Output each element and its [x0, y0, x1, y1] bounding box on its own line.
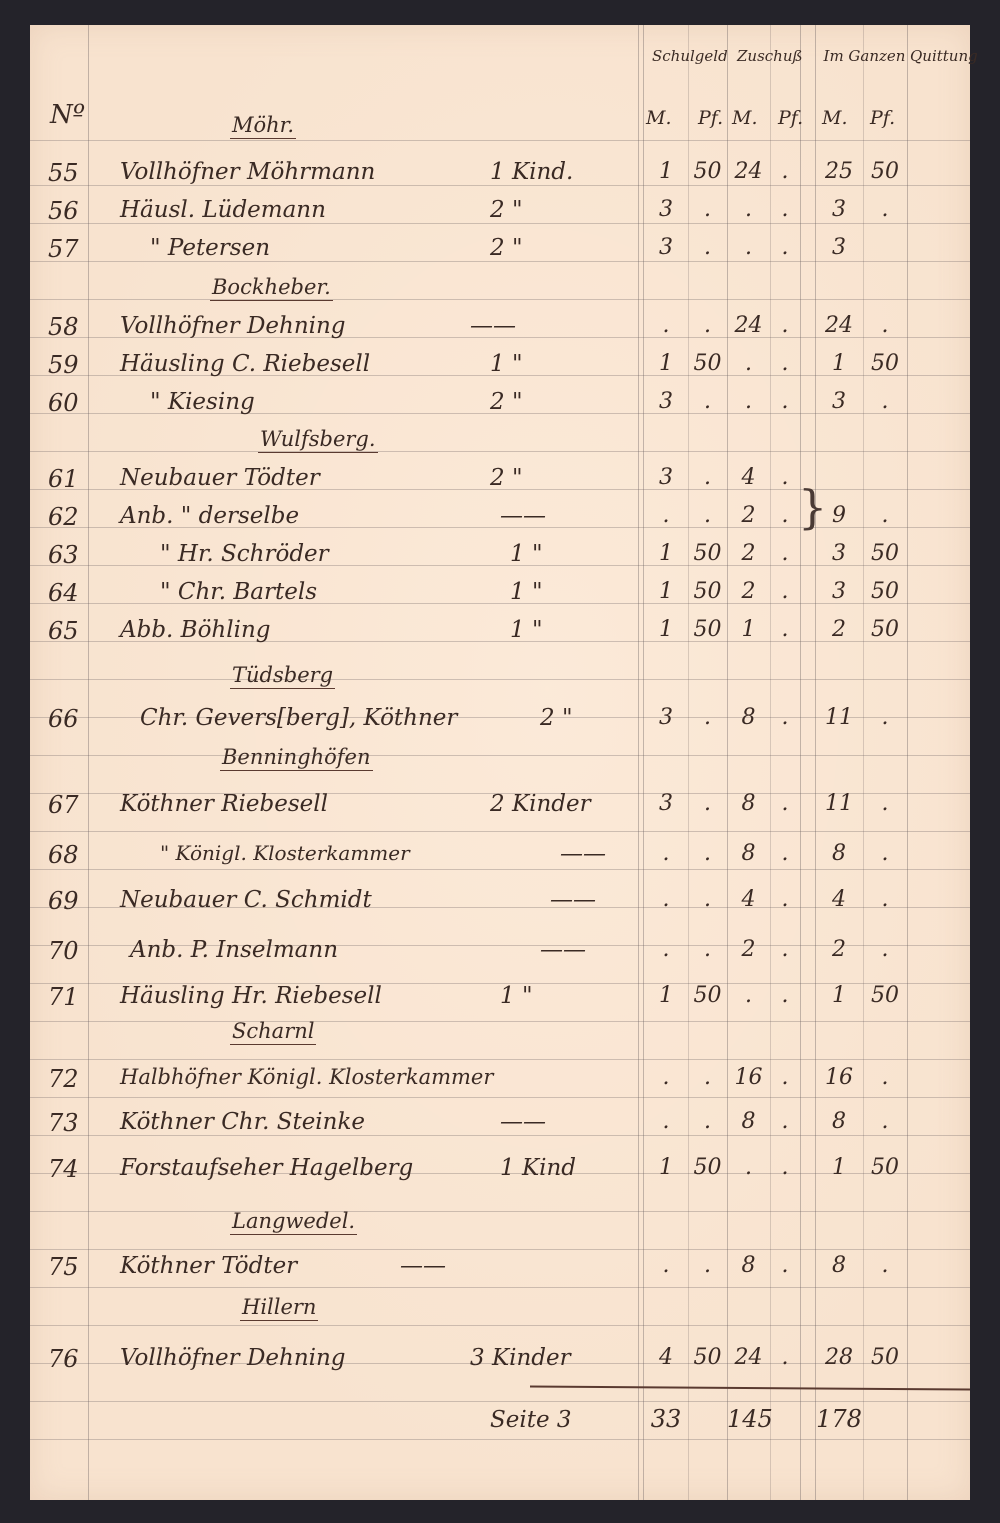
row-name: Vollhöfner Dehning	[120, 313, 346, 339]
zuschuss-pf: .	[770, 937, 800, 962]
zuschuss-m: 8	[727, 1109, 770, 1134]
total-pf: .	[863, 841, 907, 866]
schulgeld-m: .	[644, 313, 688, 338]
row-children: 2 "	[490, 197, 523, 223]
zuschuss-m: 1	[727, 617, 770, 642]
place-heading: Möhr.	[230, 113, 296, 139]
zuschuss-m: 2	[727, 503, 770, 528]
row-number: 74	[48, 1155, 79, 1183]
zuschuss-pf: .	[770, 841, 800, 866]
schulgeld-pf: .	[688, 887, 727, 912]
schulgeld-m: 1	[644, 351, 688, 376]
schulgeld-pf: .	[688, 1109, 727, 1134]
schulgeld-m: 3	[644, 235, 688, 260]
schulgeld-m: .	[644, 841, 688, 866]
place-heading: Benninghöfen	[220, 745, 373, 771]
row-children: 2 "	[490, 389, 523, 415]
zuschuss-m: .	[727, 351, 770, 376]
rule-line	[30, 1325, 970, 1326]
zuschuss-pf: .	[770, 1065, 800, 1090]
total-pf: .	[863, 791, 907, 816]
total-pf: .	[863, 937, 907, 962]
rule-line	[30, 1401, 970, 1402]
schulgeld-pf: .	[688, 705, 727, 730]
row-name: Neubauer Tödter	[120, 465, 320, 491]
schulgeld-pf: 50	[688, 351, 727, 376]
rule-line	[30, 1249, 970, 1250]
zuschuss-m: .	[727, 235, 770, 260]
rule-line	[30, 755, 970, 756]
header-m: M.	[646, 107, 672, 129]
schulgeld-m: .	[644, 1109, 688, 1134]
zuschuss-m: .	[727, 983, 770, 1008]
row-children: ——	[500, 1109, 546, 1135]
row-name: Abb. Böhling	[120, 617, 271, 643]
schulgeld-pf: .	[688, 503, 727, 528]
row-number: 64	[48, 579, 79, 607]
total-pf: 50	[863, 159, 907, 184]
schulgeld-pf: 50	[688, 579, 727, 604]
zuschuss-pf: .	[770, 617, 800, 642]
total-pf: .	[863, 1253, 907, 1278]
row-number: 57	[48, 235, 79, 263]
row-number: 66	[48, 705, 79, 733]
schulgeld-pf: .	[688, 197, 727, 222]
row-name: " Kiesing	[150, 389, 255, 415]
zuschuss-pf: .	[770, 465, 800, 490]
row-name: Vollhöfner Dehning	[120, 1345, 346, 1371]
rule-line	[30, 1211, 970, 1212]
column-line	[638, 25, 639, 1500]
total-m: 1	[815, 1155, 863, 1180]
schulgeld-pf: 50	[688, 1345, 727, 1370]
total-pf: 50	[863, 1155, 907, 1180]
schulgeld-m: 3	[644, 791, 688, 816]
schulgeld-pf: .	[688, 389, 727, 414]
row-number: 63	[48, 541, 79, 569]
rule-line	[30, 831, 970, 832]
row-name: " Chr. Bartels	[160, 579, 317, 605]
schulgeld-m: 1	[644, 617, 688, 642]
schulgeld-m: .	[644, 503, 688, 528]
row-children: 1 "	[510, 541, 543, 567]
row-children: ——	[550, 887, 596, 913]
zuschuss-pf: .	[770, 389, 800, 414]
rule-line	[30, 140, 970, 141]
row-name: Chr. Gevers[berg], Köthner	[140, 705, 457, 731]
row-name: " Königl. Klosterkammer	[160, 841, 410, 865]
row-children: 1 Kind.	[490, 159, 573, 185]
row-number: 68	[48, 841, 79, 869]
row-children: ——	[500, 503, 546, 529]
schulgeld-pf: .	[688, 841, 727, 866]
row-name: Neubauer C. Schmidt	[120, 887, 372, 913]
header-pf: Pf.	[778, 107, 803, 129]
total-m: 3	[815, 389, 863, 414]
schulgeld-m: 3	[644, 705, 688, 730]
total-m: 3	[815, 235, 863, 260]
row-children: ——	[400, 1253, 446, 1279]
zuschuss-pf: .	[770, 887, 800, 912]
schulgeld-m: .	[644, 1253, 688, 1278]
rule-line	[30, 1135, 970, 1136]
row-name: Vollhöfner Möhrmann	[120, 159, 375, 185]
row-children: ——	[470, 313, 516, 339]
zuschuss-pf: .	[770, 791, 800, 816]
place-heading: Langwedel.	[230, 1209, 357, 1235]
zuschuss-pf: .	[770, 197, 800, 222]
zuschuss-m: .	[727, 1155, 770, 1180]
row-name: Anb. " derselbe	[120, 503, 299, 529]
rule-line	[30, 451, 970, 452]
place-heading: Hillern	[240, 1295, 318, 1321]
zuschuss-m: 24	[727, 1345, 770, 1370]
zuschuss-pf: .	[770, 541, 800, 566]
header-pf: Pf.	[870, 107, 895, 129]
zuschuss-m: 8	[727, 1253, 770, 1278]
row-number: 76	[48, 1345, 79, 1373]
schulgeld-pf: .	[688, 1253, 727, 1278]
total-m: 3	[815, 541, 863, 566]
schulgeld-pf: .	[688, 791, 727, 816]
total-m: 11	[815, 791, 863, 816]
row-number: 75	[48, 1253, 79, 1281]
total-m: 1	[815, 983, 863, 1008]
schulgeld-pf: 50	[688, 983, 727, 1008]
place-heading: Bockheber.	[210, 275, 333, 301]
column-line	[907, 25, 908, 1500]
row-number: 55	[48, 159, 79, 187]
schulgeld-m: 1	[644, 983, 688, 1008]
row-number: 61	[48, 465, 79, 493]
zuschuss-m: 4	[727, 887, 770, 912]
row-children: 1 Kind	[500, 1155, 576, 1181]
total-m: 3	[815, 197, 863, 222]
row-name: Köthner Tödter	[120, 1253, 297, 1279]
total-pf: .	[863, 503, 907, 528]
total-pf: 50	[863, 579, 907, 604]
total-m: 11	[815, 705, 863, 730]
schulgeld-m: .	[644, 887, 688, 912]
total-pf: .	[863, 1109, 907, 1134]
schulgeld-m: 3	[644, 465, 688, 490]
zuschuss-total: 145	[727, 1405, 770, 1433]
zuschuss-m: 4	[727, 465, 770, 490]
zuschuss-m: .	[727, 389, 770, 414]
schulgeld-m: .	[644, 937, 688, 962]
schulgeld-m: 1	[644, 579, 688, 604]
zuschuss-m: 8	[727, 841, 770, 866]
zuschuss-pf: .	[770, 1155, 800, 1180]
row-number: 67	[48, 791, 79, 819]
row-name: " Petersen	[150, 235, 270, 261]
rule-line	[30, 869, 970, 870]
row-name: Anb. P. Inselmann	[130, 937, 338, 963]
row-children: ——	[560, 841, 606, 867]
header-m: M.	[822, 107, 848, 129]
total-pf: 50	[863, 351, 907, 376]
zuschuss-m: 2	[727, 541, 770, 566]
total-m: 3	[815, 579, 863, 604]
row-number: 73	[48, 1109, 79, 1137]
total-pf: .	[863, 1065, 907, 1090]
rule-line	[30, 299, 970, 300]
schulgeld-m: 1	[644, 159, 688, 184]
schulgeld-m: 3	[644, 197, 688, 222]
total-m: 28	[815, 1345, 863, 1370]
total-m: 24	[815, 313, 863, 338]
total-m: 8	[815, 841, 863, 866]
zuschuss-m: 2	[727, 579, 770, 604]
zuschuss-pf: .	[770, 313, 800, 338]
row-children: ——	[540, 937, 586, 963]
total-pf: .	[863, 389, 907, 414]
total-pf: .	[863, 887, 907, 912]
zuschuss-pf: .	[770, 1109, 800, 1134]
rule-line	[30, 223, 970, 224]
total-pf: .	[863, 705, 907, 730]
sum-underline	[530, 1385, 970, 1390]
zuschuss-pf: .	[770, 1253, 800, 1278]
total-pf: 50	[863, 541, 907, 566]
header-schulgeld: Schulgeld	[652, 47, 728, 65]
rule-line	[30, 1287, 970, 1288]
zuschuss-m: 24	[727, 159, 770, 184]
row-children: 2 "	[490, 235, 523, 261]
schulgeld-pf: 50	[688, 541, 727, 566]
row-number: 62	[48, 503, 79, 531]
total-m: 1	[815, 351, 863, 376]
row-number: 69	[48, 887, 79, 915]
header-m: M.	[732, 107, 758, 129]
total-m: 2	[815, 617, 863, 642]
zuschuss-m: 24	[727, 313, 770, 338]
total-pf: 50	[863, 983, 907, 1008]
rule-line	[30, 1021, 970, 1022]
row-children: 1 "	[490, 351, 523, 377]
schulgeld-pf: .	[688, 235, 727, 260]
row-name: Köthner Chr. Steinke	[120, 1109, 365, 1135]
header-pf: Pf.	[698, 107, 723, 129]
row-number: 59	[48, 351, 79, 379]
total-m: 16	[815, 1065, 863, 1090]
total-m: 9	[815, 503, 863, 528]
schulgeld-pf: 50	[688, 159, 727, 184]
zuschuss-m: 8	[727, 791, 770, 816]
total-m: 4	[815, 887, 863, 912]
row-children: 2 "	[490, 465, 523, 491]
zuschuss-m: 16	[727, 1065, 770, 1090]
row-children: 3 Kinder	[470, 1345, 571, 1371]
total-m: 25	[815, 159, 863, 184]
schulgeld-pf: .	[688, 937, 727, 962]
row-number: 60	[48, 389, 79, 417]
schulgeld-pf: 50	[688, 617, 727, 642]
row-children: 1 "	[510, 579, 543, 605]
schulgeld-m: .	[644, 1065, 688, 1090]
place-heading: Scharnl	[230, 1019, 316, 1045]
zuschuss-pf: .	[770, 983, 800, 1008]
row-children: 1 "	[500, 983, 533, 1009]
column-line	[800, 25, 801, 1500]
number-column-label: Nº	[50, 100, 85, 130]
row-number: 65	[48, 617, 79, 645]
row-name: Forstaufseher Hagelberg	[120, 1155, 413, 1181]
rule-line	[30, 1439, 970, 1440]
zuschuss-pf: .	[770, 235, 800, 260]
rule-line	[30, 1059, 970, 1060]
row-children: 2 "	[540, 705, 573, 731]
row-number: 71	[48, 983, 79, 1011]
schulgeld-m: 4	[644, 1345, 688, 1370]
zuschuss-m: 2	[727, 937, 770, 962]
row-name: " Hr. Schröder	[160, 541, 329, 567]
schulgeld-pf: .	[688, 1065, 727, 1090]
rule-line	[30, 261, 970, 262]
total-pf: 50	[863, 617, 907, 642]
grand-total: 178	[815, 1405, 863, 1433]
row-name: Häusling C. Riebesell	[120, 351, 370, 377]
header-im-ganzen: Im Ganzen	[822, 47, 907, 65]
total-m: 2	[815, 937, 863, 962]
schulgeld-pf: .	[688, 465, 727, 490]
header-zuschuss: Zuschuß	[737, 47, 803, 65]
schulgeld-pf: 50	[688, 1155, 727, 1180]
rule-line	[30, 679, 970, 680]
total-pf: 50	[863, 1345, 907, 1370]
place-heading: Wulfsberg.	[258, 427, 378, 453]
rule-line	[30, 1097, 970, 1098]
page-label: Seite 3	[490, 1407, 572, 1433]
schulgeld-total: 33	[644, 1405, 688, 1433]
total-pf: .	[863, 313, 907, 338]
row-name: Häusling Hr. Riebesell	[120, 983, 382, 1009]
zuschuss-pf: .	[770, 159, 800, 184]
total-pf: .	[863, 197, 907, 222]
row-name: Köthner Riebesell	[120, 791, 328, 817]
ledger-page: Schulgeld Zuschuß Im Ganzen Quittung Nº …	[30, 25, 970, 1500]
row-number: 72	[48, 1065, 79, 1093]
zuschuss-pf: .	[770, 351, 800, 376]
zuschuss-pf: .	[770, 705, 800, 730]
place-heading: Tüdsberg	[230, 663, 335, 689]
zuschuss-pf: .	[770, 503, 800, 528]
row-number: 58	[48, 313, 79, 341]
row-children: 2 Kinder	[490, 791, 591, 817]
row-number: 56	[48, 197, 79, 225]
row-number: 70	[48, 937, 79, 965]
row-name: Häusl. Lüdemann	[120, 197, 326, 223]
total-m: 8	[815, 1109, 863, 1134]
rule-line	[30, 185, 970, 186]
zuschuss-pf: .	[770, 579, 800, 604]
total-m: 8	[815, 1253, 863, 1278]
schulgeld-pf: .	[688, 313, 727, 338]
margin-line	[88, 25, 89, 1500]
row-name: Halbhöfner Königl. Klosterkammer	[120, 1065, 493, 1089]
row-children: 1 "	[510, 617, 543, 643]
schulgeld-m: 3	[644, 389, 688, 414]
zuschuss-m: .	[727, 197, 770, 222]
schulgeld-m: 1	[644, 1155, 688, 1180]
schulgeld-m: 1	[644, 541, 688, 566]
zuschuss-m: 8	[727, 705, 770, 730]
column-line	[863, 25, 864, 1500]
zuschuss-pf: .	[770, 1345, 800, 1370]
header-quittung: Quittung	[910, 47, 970, 65]
